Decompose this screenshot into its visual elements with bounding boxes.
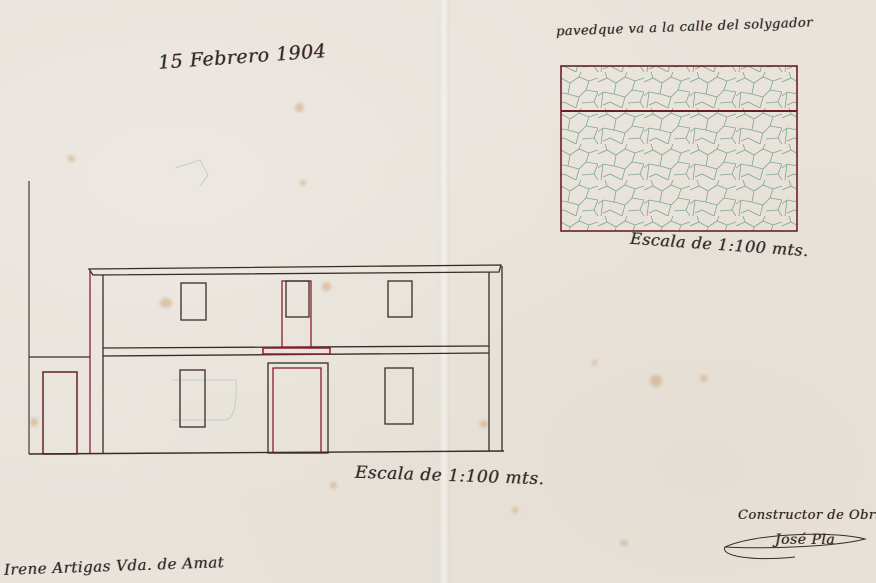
building-elevation bbox=[29, 181, 504, 454]
paper-sheet: 15 Febrero 1904 pavedque va a la calle d… bbox=[0, 0, 876, 583]
builder-title: Constructor de Obras bbox=[738, 508, 876, 523]
elevation-drawing bbox=[0, 0, 876, 583]
signature-flourish bbox=[715, 525, 876, 565]
paving-plan bbox=[561, 66, 797, 231]
